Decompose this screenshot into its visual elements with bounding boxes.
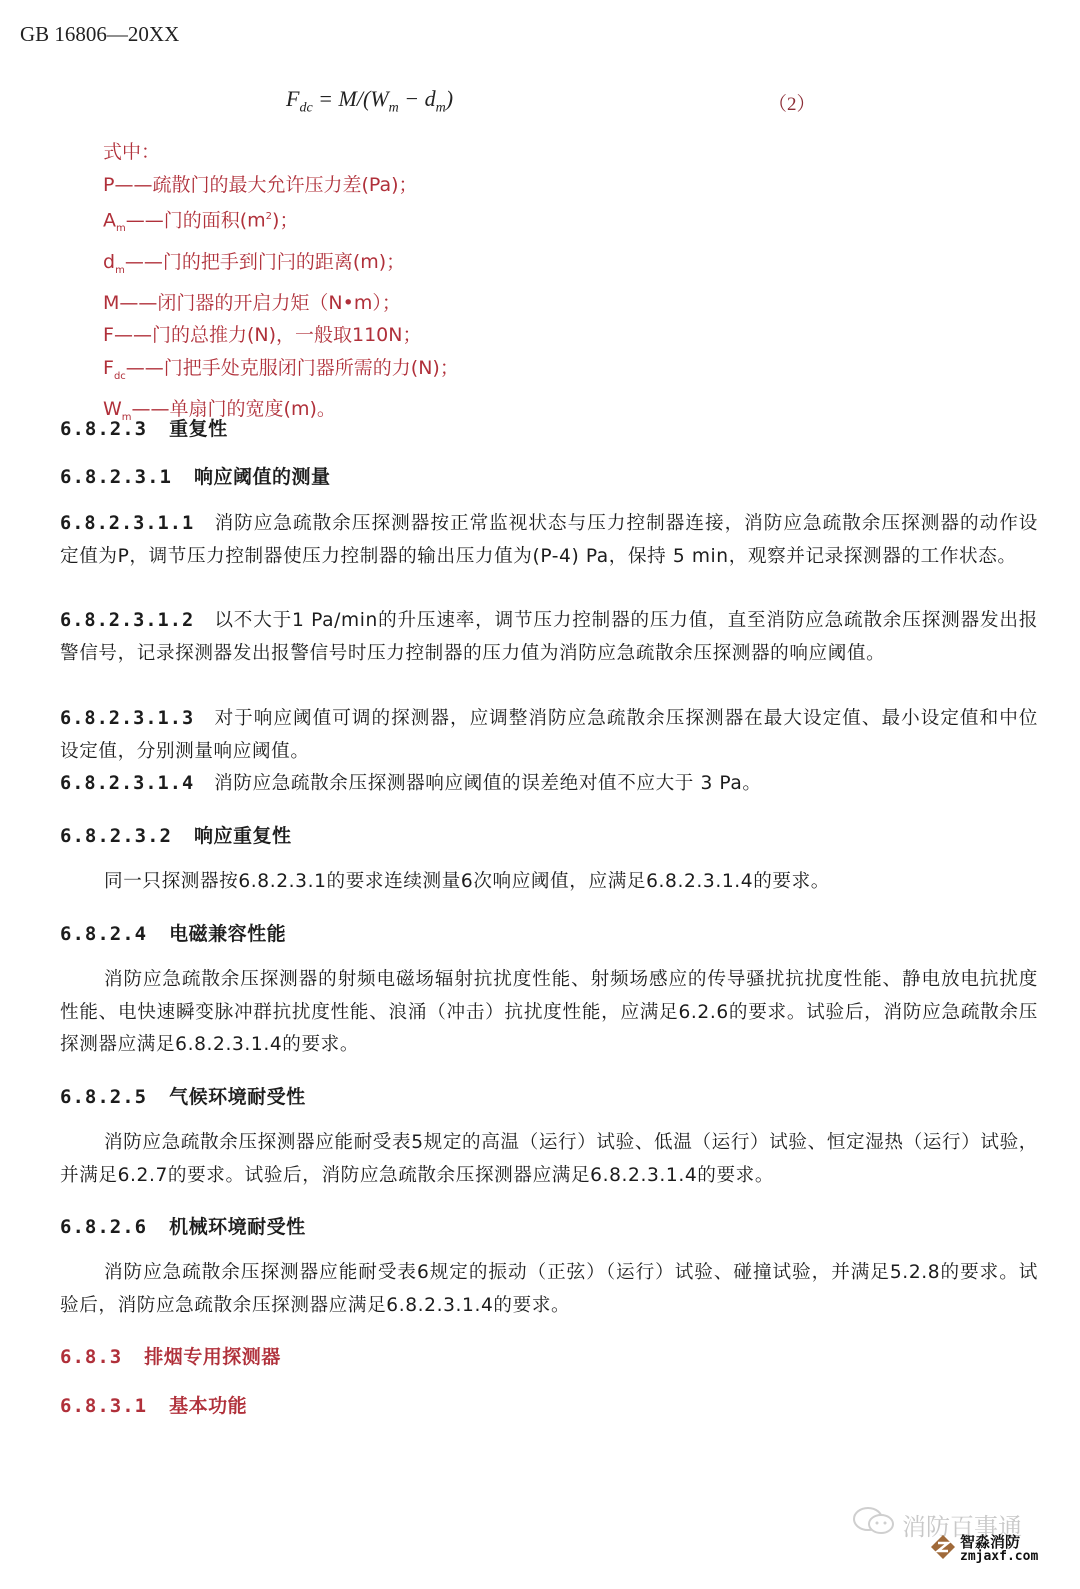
definition-item: Fdc——门把手处克服闭门器所需的力(N)； <box>103 352 459 393</box>
paragraph-68232: 同一只探测器按6.8.2.3.1的要求连续测量6次响应阈值，应满足6.8.2.3… <box>60 866 1038 899</box>
definition-item: F——门的总推力(N)，一般取110N； <box>103 319 459 352</box>
site-name: 智淼消防 <box>960 1535 1038 1550</box>
formula: Fdc = M/(Wm − dm) <box>286 86 453 116</box>
heading-683: 6.8.3排烟专用探测器 <box>60 1342 281 1369</box>
heading-6826: 6.8.2.6机械环境耐受性 <box>60 1212 306 1239</box>
definition-item: M——闭门器的开启力矩（N•m）； <box>103 287 459 320</box>
paragraph-682311: 6.8.2.3.1.1消防应急疏散余压探测器按正常监视状态与压力控制器连接，消防… <box>60 508 1038 573</box>
site-url: zmjaxf.com <box>960 1550 1038 1564</box>
paragraph-6826: 消防应急疏散余压探测器应能耐受表6规定的振动（正弦）（运行）试验、碰撞试验，并满… <box>60 1257 1038 1322</box>
definition-item: dm——门的把手到门闩的距离(m)； <box>103 246 459 287</box>
definition-item: P——疏散门的最大允许压力差(Pa)； <box>103 169 459 202</box>
heading-68231: 6.8.2.3.1响应阈值的测量 <box>60 462 330 489</box>
standard-id: GB 16806—20XX <box>20 22 179 47</box>
equation-number: （2） <box>768 89 816 116</box>
paragraph-6824: 消防应急疏散余压探测器的射频电磁场辐射抗扰度性能、射频场感应的传导骚扰抗扰度性能… <box>60 964 1038 1062</box>
heading-6825: 6.8.2.5气候环境耐受性 <box>60 1082 306 1109</box>
definition-item: Am——门的面积(m2)； <box>103 201 459 246</box>
heading-6823: 6.8.2.3重复性 <box>60 414 228 441</box>
wechat-icon <box>852 1506 896 1542</box>
heading-6824: 6.8.2.4电磁兼容性能 <box>60 919 286 946</box>
site-logo: 智淼消防 zmjaxf.com <box>930 1534 1038 1564</box>
heading-68232: 6.8.2.3.2响应重复性 <box>60 821 291 848</box>
zm-logo-icon <box>930 1534 956 1564</box>
heading-6831: 6.8.3.1基本功能 <box>60 1391 247 1418</box>
definitions-intro: 式中： <box>103 136 459 169</box>
paragraph-6825: 消防应急疏散余压探测器应能耐受表5规定的高温（运行）试验、低温（运行）试验、恒定… <box>60 1127 1038 1192</box>
paragraph-682313: 6.8.2.3.1.3对于响应阈值可调的探测器，应调整消防应急疏散余压探测器在最… <box>60 703 1038 768</box>
paragraph-682312: 6.8.2.3.1.2以不大于1 Pa/min的升压速率，调节压力控制器的压力值… <box>60 605 1038 670</box>
definitions: 式中： P——疏散门的最大允许压力差(Pa)； Am——门的面积(m2)； dm… <box>103 136 459 435</box>
paragraph-682314: 6.8.2.3.1.4消防应急疏散余压探测器响应阈值的误差绝对值不应大于 3 P… <box>60 768 1038 801</box>
